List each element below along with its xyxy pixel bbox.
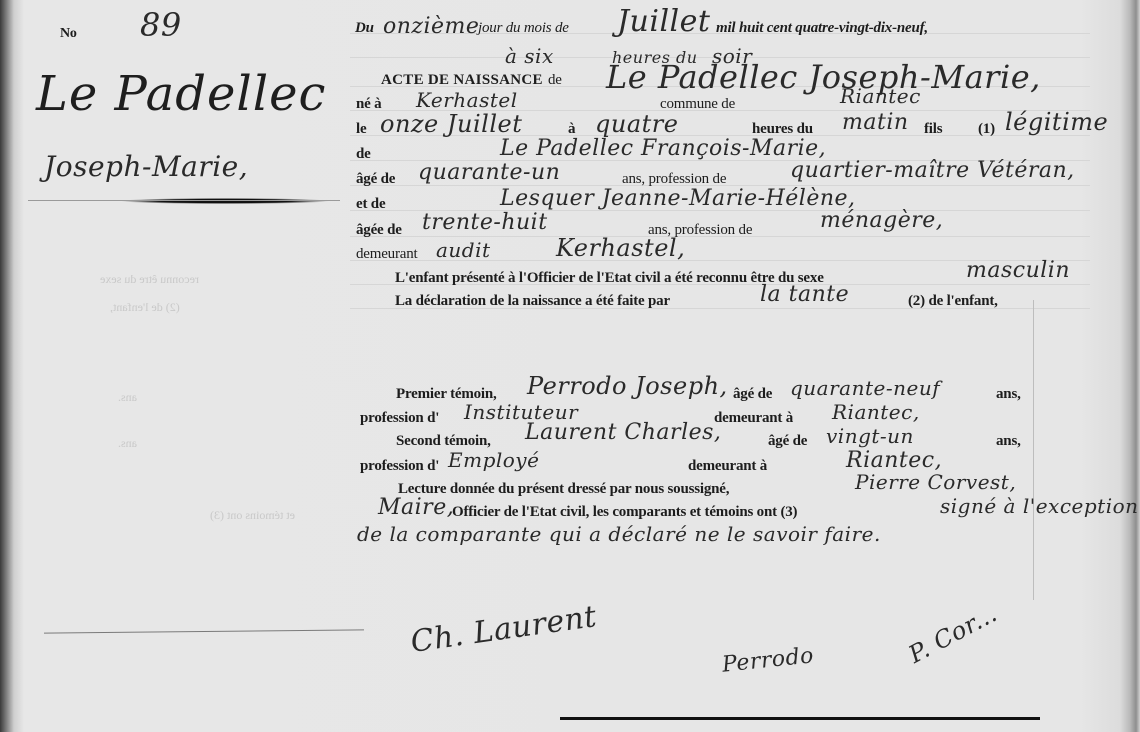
born-place: Kerhastel xyxy=(416,88,518,112)
day-handwritten: onzième xyxy=(383,14,479,39)
residence-value: Kerhastel, xyxy=(556,234,685,262)
witness2-age: vingt-un xyxy=(826,424,914,448)
sex-value: masculin xyxy=(966,258,1070,283)
mother-age-label: âgée de xyxy=(356,222,402,239)
column-rule xyxy=(1033,300,1034,600)
bleedthrough-text: ans. xyxy=(118,436,137,451)
declaration-statement: La déclaration de la naissance a été fai… xyxy=(395,293,670,310)
father-name: Le Padellec François-Marie, xyxy=(500,136,826,161)
legitimacy-marker: (1) xyxy=(978,121,995,138)
witness1-residence: Riantec, xyxy=(832,400,920,424)
margin-divider-lower xyxy=(44,629,364,633)
bleedthrough-text: et témoins ont (3) xyxy=(210,508,295,523)
witness2-age-label: âgé de xyxy=(768,433,807,450)
header-prefix: Du xyxy=(355,20,374,37)
signature-laurent: Ch. Laurent xyxy=(408,599,598,660)
header-year: mil huit cent quatre-vingt-dix-neuf, xyxy=(716,20,928,37)
time-handwritten: à six xyxy=(505,44,554,68)
son-label: fils xyxy=(924,121,942,138)
signed-handwritten: signé à l'exception xyxy=(940,494,1139,518)
signature-corvest: P. Cor... xyxy=(904,599,1002,669)
child-name: Le Padellec Joseph-Marie, xyxy=(606,58,1041,96)
mother-name: Lesquer Jeanne-Marie-Hélène, xyxy=(500,186,856,211)
commune-value: Riantec xyxy=(840,84,921,108)
witness2-profession: Employé xyxy=(448,448,539,472)
witness2-profession-label: profession d' xyxy=(360,458,439,475)
period: matin xyxy=(842,110,909,135)
declaration-suffix: (2) de l'enfant, xyxy=(908,293,998,310)
bleedthrough-text: ans. xyxy=(118,390,137,405)
month-handwritten: Juillet xyxy=(617,4,710,39)
mother-label: et de xyxy=(356,196,385,213)
underline-swash xyxy=(120,198,330,204)
witness2-name: Laurent Charles, xyxy=(525,420,721,445)
witness1-age-label: âgé de xyxy=(733,386,772,403)
witness1-profession-label: profession d' xyxy=(360,410,439,427)
officer-name: Pierre Corvest, xyxy=(855,470,1016,494)
born-label: né à xyxy=(356,96,381,113)
residence-prefix: audit xyxy=(436,238,491,262)
margin-surname: Le Padellec xyxy=(36,66,326,122)
officer-statement: Officier de l'Etat civil, les comparants… xyxy=(452,504,797,521)
bleedthrough-text: reconnu être du sexe xyxy=(100,272,199,287)
father-label: de xyxy=(356,146,371,163)
act-title-de: de xyxy=(548,72,562,89)
residence-label: demeurant xyxy=(356,246,418,263)
witness1-residence-label: demeurant à xyxy=(714,410,793,427)
header-mid: jour du mois de xyxy=(478,20,569,37)
birth-date: onze Juillet xyxy=(380,110,522,138)
signature-perrodo: Perrodo xyxy=(721,643,815,677)
margin-divider xyxy=(28,200,340,201)
birth-hour: quatre xyxy=(595,110,678,138)
mother-age: trente-huit xyxy=(422,210,548,235)
bleedthrough-text: (2) de l'enfant, xyxy=(110,300,180,315)
exception-handwritten: de la comparante qui a déclaré ne le sav… xyxy=(357,522,881,546)
witness1-age: quarante-neuf xyxy=(790,376,940,400)
mother-profession: ménagère, xyxy=(820,208,943,233)
date-label: le xyxy=(356,121,366,138)
father-age: quarante-un xyxy=(418,160,560,185)
legitimacy: légitime xyxy=(1005,108,1108,136)
father-age-label: âgé de xyxy=(356,171,395,188)
register-page: reconnu être du sexe (2) de l'enfant, an… xyxy=(0,0,1140,732)
witness2-ans: ans, xyxy=(996,433,1021,450)
witness2-residence-label: demeurant à xyxy=(688,458,767,475)
declarant: la tante xyxy=(760,282,849,307)
margin-given-names: Joseph-Marie, xyxy=(44,150,248,183)
witness1-ans: ans, xyxy=(996,386,1021,403)
officer-title-handwritten: Maire, xyxy=(378,495,454,520)
witness1-name: Perrodo Joseph, xyxy=(527,372,728,400)
record-number-label: No xyxy=(60,26,77,42)
signature-underline xyxy=(560,717,1040,720)
record-number: 89 xyxy=(140,6,182,44)
father-profession: quartier-maître Vétéran, xyxy=(790,158,1075,183)
act-title: ACTE DE NAISSANCE xyxy=(381,72,543,89)
